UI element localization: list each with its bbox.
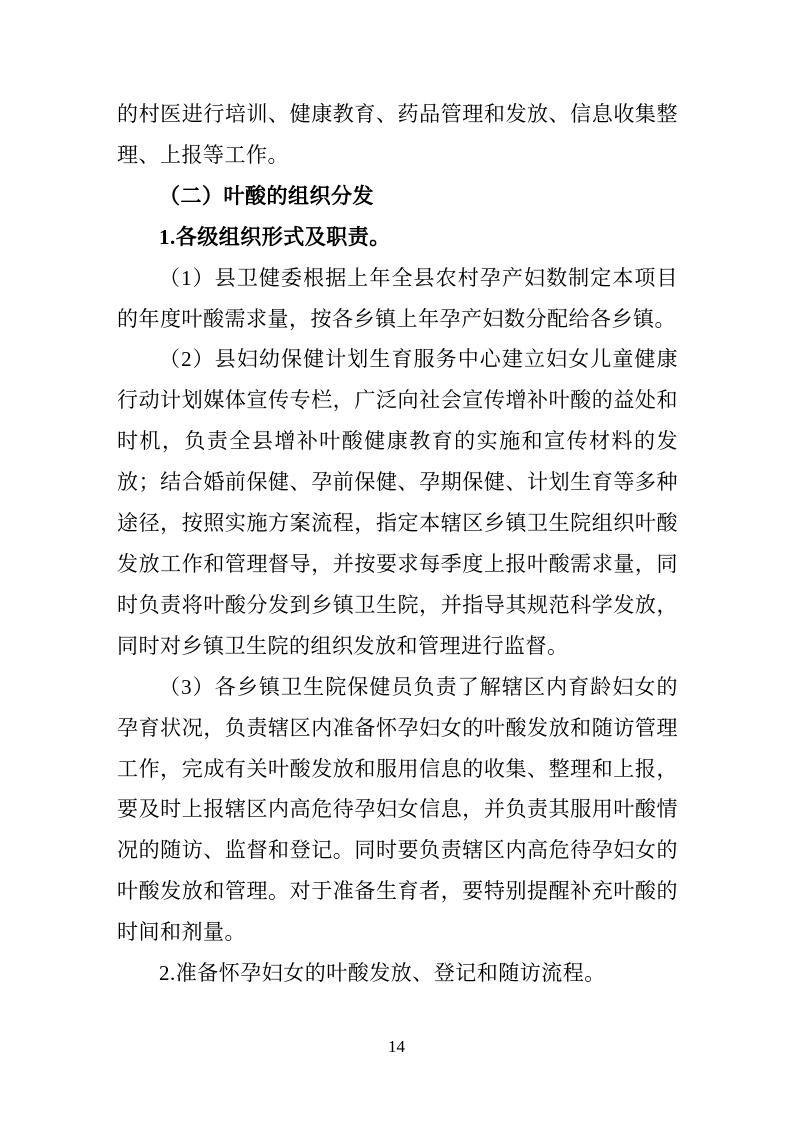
paragraph-item-3: （3）各乡镇卫生院保健员负责了解辖区内育龄妇女的孕育状况，负责辖区内准备怀孕妇女… <box>117 667 678 953</box>
paragraph-continuation: 的村医进行培训、健康教育、药品管理和发放、信息收集整理、上报等工作。 <box>117 94 678 176</box>
page-number: 14 <box>388 1037 405 1056</box>
subsection-heading: 1.各级组织形式及职责。 <box>117 217 678 258</box>
page-footer: 14 <box>0 1036 793 1058</box>
document-page: 的村医进行培训、健康教育、药品管理和发放、信息收集整理、上报等工作。 （二）叶酸… <box>0 0 793 1122</box>
paragraph-item-2: （2）县妇幼保健计划生育服务中心建立妇女儿童健康行动计划媒体宣传专栏，广泛向社会… <box>117 339 678 666</box>
paragraph-subsection-2: 2.准备怀孕妇女的叶酸发放、登记和随访流程。 <box>117 953 678 994</box>
document-body: 的村医进行培训、健康教育、药品管理和发放、信息收集整理、上报等工作。 （二）叶酸… <box>117 94 678 994</box>
section-heading: （二）叶酸的组织分发 <box>117 176 678 217</box>
paragraph-item-1: （1）县卫健委根据上年全县农村孕产妇数制定本项目的年度叶酸需求量，按各乡镇上年孕… <box>117 258 678 340</box>
